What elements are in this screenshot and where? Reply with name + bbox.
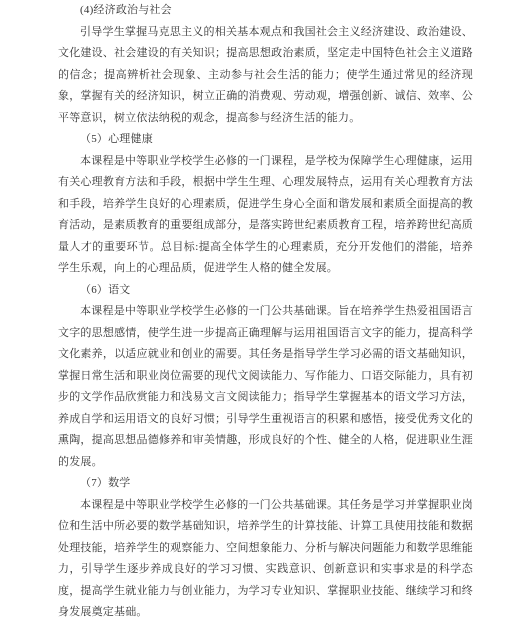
section-heading-economics-politics-society: (4)经济政治与社会 [58,0,473,22]
section-heading-chinese: （6）语文 [58,280,473,302]
section-heading-mental-health: （5）心理健康 [58,129,473,151]
section-body-mental-health: 本课程是中等职业学校学生必修的一门课程，是学校为保障学生心理健康，运用有关心理教… [58,151,473,280]
section-body-chinese: 本课程是中等职业学校学生必修的一门公共基础课。旨在培养学生热爱祖国语言文字的思想… [58,301,473,473]
section-body-economics-politics-society: 引导学生掌握马克思主义的相关基本观点和我国社会主义经济建设、政治建设、文化建设、… [58,22,473,130]
section-heading-math: （7）数学 [58,473,473,495]
section-body-math: 本课程是中等职业学校学生必修的一门公共基础课。其任务是学习并掌握职业岗位和生活中… [58,495,473,624]
document-page: (4)经济政治与社会 引导学生掌握马克思主义的相关基本观点和我国社会主义经济建设… [0,0,529,624]
